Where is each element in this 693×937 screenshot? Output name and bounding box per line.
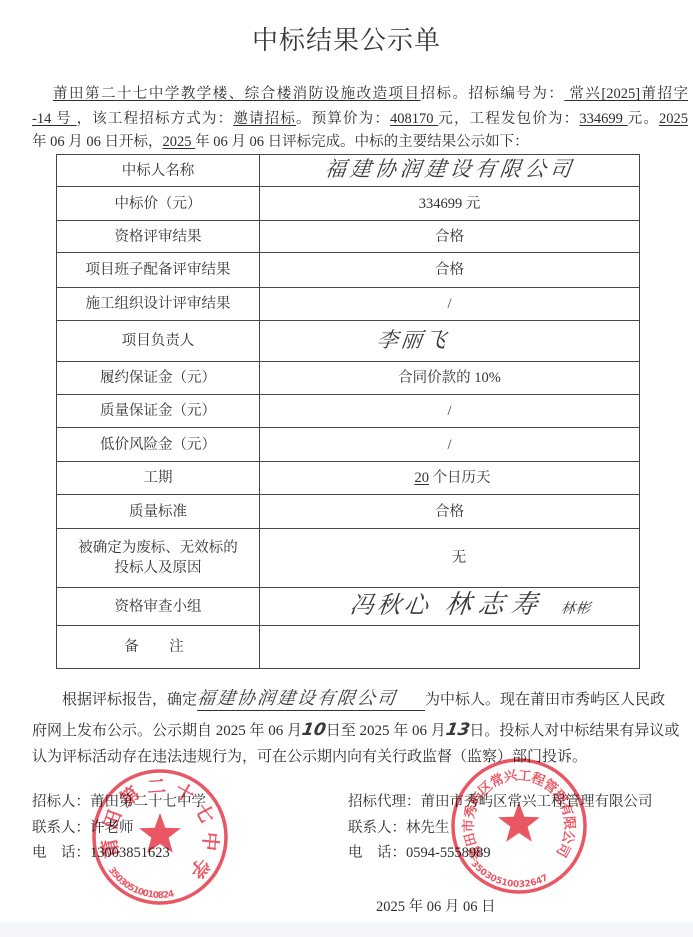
end-day-handwritten: 13 (444, 719, 472, 741)
row-label: 中标价（元） (57, 187, 260, 221)
row-label: 质量保证金（元） (57, 395, 260, 428)
table-row: 项目班子配备评审结果 合格 (57, 253, 640, 288)
winner-handwritten: 福建协润建设有限公司 (196, 689, 398, 709)
svg-text:35030510032647: 35030510032647 (469, 859, 550, 890)
row-value: 冯秋心林志寿林彬 (260, 588, 640, 626)
row-label: 备 注 (57, 626, 260, 669)
contact-label: 联系人： (348, 820, 406, 836)
signature: 林彬 (559, 599, 591, 619)
start-day-handwritten: 10 (300, 719, 328, 741)
table-row: 资格审查小组 冯秋心林志寿林彬 (57, 588, 640, 626)
table-row: 被确定为废标、无效标的 投标人及原因 无 (57, 529, 640, 588)
agent-contact: 联系人：林先生 (348, 817, 450, 839)
announcement-line-2: 府网上发布公示。公示期自 2025 年 06 月10日至 2025 年 06 月… (32, 719, 662, 742)
row-label: 被确定为废标、无效标的 投标人及原因 (57, 529, 260, 588)
contact-value: 林先生 (406, 820, 450, 836)
intro-line-1: 莆田第二十七中学教学楼、综合楼消防设施改造项目招标。招标编号为： 常兴[2025… (53, 83, 688, 105)
tender-method: 邀请招标 (233, 111, 296, 127)
row-value (260, 626, 640, 669)
table-row: 质量标准 合格 (57, 495, 640, 529)
table-row: 中标人名称 福建协润建设有限公司 (57, 155, 640, 187)
budget-label: 。预算价为： (296, 111, 390, 127)
row-value: / (260, 395, 640, 428)
table-row: 履约保证金（元） 合同价款的 10% (57, 362, 640, 395)
table-row: 备 注 (57, 626, 640, 669)
row-value: 福建协润建设有限公司 (260, 155, 640, 187)
row-label-line-2: 投标人及原因 (57, 558, 259, 578)
results-table: 中标人名称 福建协润建设有限公司 中标价（元） 334699 元 资格评审结果 … (56, 154, 640, 669)
row-value: 合格 (260, 495, 640, 529)
row-label: 工期 (57, 462, 260, 495)
period-text-b: 日至 2025 年 06 月 (326, 723, 446, 739)
winner-blank: 福建协润建设有限公司 (197, 689, 425, 711)
star-icon (139, 813, 181, 853)
row-value: 李丽飞 (260, 321, 640, 362)
phone-label: 电 话： (348, 845, 406, 861)
budget-price: 408170 (390, 111, 438, 127)
duration-unit: 个日历天 (429, 470, 491, 486)
announcement-prefix: 根据评标报告，确定 (62, 692, 197, 708)
row-value: / (260, 288, 640, 321)
table-row: 中标价（元） 334699 元 (57, 187, 640, 221)
row-value: / (260, 428, 640, 462)
contract-unit: 元。 (628, 111, 659, 127)
eval-date: 年 06 月 06 日评标完成。中标的主要结果公示如下： (195, 134, 529, 150)
announcement-suffix: 为中标人。现在莆田市秀屿区人民政 (425, 692, 665, 708)
period-text-a: 府网上发布公示。公示期自 2025 年 06 月 (32, 723, 302, 739)
contact-label: 联系人： (32, 820, 90, 836)
table-row: 低价风险金（元） / (57, 428, 640, 462)
row-label: 履约保证金（元） (57, 362, 260, 395)
winner-handwritten: 福建协润建设有限公司 (323, 159, 575, 179)
table-row: 项目负责人 李丽飞 (57, 321, 640, 362)
page-bottom-band (0, 922, 693, 937)
table-row: 工期 20 个日历天 (57, 462, 640, 495)
method-label: ，该工程招标方式为： (77, 111, 234, 127)
table-row: 资格评审结果 合格 (57, 221, 640, 253)
row-value: 无 (260, 529, 640, 588)
announcement-line-1: 根据评标报告，确定福建协润建设有限公司为中标人。现在莆田市秀屿区人民政 (62, 689, 662, 711)
project-name: 莆田第二十七中学教学楼、综合楼消防设施改造项目 (53, 86, 421, 102)
intro-line-2: -14 号 ，该工程招标方式为：邀请招标。预算价为：408170 元，工程发包价… (32, 108, 688, 130)
signature: 冯秋心 (349, 595, 432, 615)
row-value: 合同价款的 10% (260, 362, 640, 395)
open-date: 年 06 月 06 日开标， (32, 134, 163, 150)
tenderer-label: 招标人： (32, 794, 90, 810)
row-value: 334699 元 (260, 187, 640, 221)
row-label: 施工组织设计评审结果 (57, 288, 260, 321)
row-value: 20 个日历天 (260, 462, 640, 495)
project-manager-handwritten: 李丽飞 (375, 330, 449, 350)
signature: 林志寿 (444, 595, 545, 615)
contract-label: 元，工程发包价为： (438, 111, 579, 127)
project-suffix: 招标。招标编号为： (421, 86, 565, 102)
row-label: 质量标准 (57, 495, 260, 529)
contract-price: 334699 (579, 111, 627, 127)
row-label: 资格审查小组 (57, 588, 260, 626)
tenderer-seal-icon: 莆田第二十七中学 35030510010824 (85, 762, 235, 912)
row-label: 中标人名称 (57, 155, 260, 187)
agent-label: 招标代理： (348, 794, 421, 810)
eval-year: 2025 (163, 134, 196, 150)
row-label: 资格评审结果 (57, 221, 260, 253)
table-row: 质量保证金（元） / (57, 395, 640, 428)
row-label-line-1: 被确定为废标、无效标的 (57, 538, 259, 558)
phone-label: 电 话： (32, 845, 90, 861)
seal-code-text: 35030510010824 (106, 866, 175, 901)
period-text-c: 日。投标人对中标结果有异议或 (469, 723, 679, 739)
document-title: 中标结果公示单 (0, 24, 693, 58)
row-label: 低价风险金（元） (57, 428, 260, 462)
row-value: 合格 (260, 253, 640, 288)
agent-seal-icon: 莆田市秀屿区常兴工程管理有限公司 35030510032647 (444, 751, 594, 901)
intro-line-3: 年 06 月 06 日开标，2025 年 06 月 06 日评标完成。中标的主要… (32, 131, 529, 153)
duration-days: 20 (414, 470, 429, 486)
row-label: 项目班子配备评审结果 (57, 253, 260, 288)
table-row: 施工组织设计评审结果 / (57, 288, 640, 321)
open-year: 2025 (659, 111, 688, 127)
row-value: 合格 (260, 221, 640, 253)
bid-number: 常兴[2025]莆招字 (564, 86, 688, 102)
bid-number-cont: -14 号 (32, 111, 77, 127)
svg-text:35030510010824: 35030510010824 (106, 866, 175, 901)
row-label: 项目负责人 (57, 321, 260, 362)
seal-code-text: 35030510032647 (469, 859, 550, 890)
star-icon (498, 802, 540, 842)
